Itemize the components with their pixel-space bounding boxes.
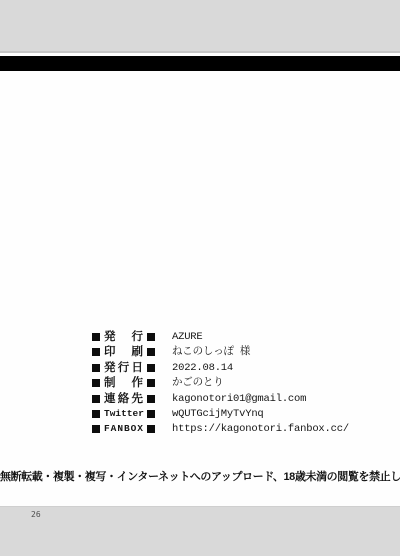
colophon-label: 印刷 — [104, 346, 143, 358]
colophon-label: 制作 — [104, 377, 143, 389]
colophon-row: 発行AZURE — [92, 331, 372, 343]
colophon-block: 発行AZURE印刷ねこのしっぽ 様発行日2022.08.14制作かごのとり連絡先… — [92, 331, 372, 435]
label-char: 行 — [132, 331, 144, 343]
colophon-label: 発行日 — [104, 362, 143, 374]
label-char: 制 — [104, 377, 116, 389]
label-char: 刷 — [132, 346, 144, 358]
colophon-label: 発行 — [104, 331, 143, 343]
black-square-icon — [147, 379, 155, 387]
viewer-bottom-margin — [0, 506, 400, 556]
black-square-icon — [92, 379, 100, 387]
label-char: 作 — [132, 377, 144, 389]
black-square-icon — [92, 364, 100, 372]
colophon-row: TwitterwQUTGcijMyTvYnq — [92, 408, 372, 420]
copyright-notice: 無断転載・複製・複写・インターネットへのアップロード、18歳未満の閲覧を禁止しま… — [0, 470, 400, 484]
label-char: r — [138, 408, 144, 420]
label-char: B — [124, 423, 130, 435]
black-square-icon — [92, 395, 100, 403]
colophon-value: wQUTGcijMyTvYnq — [172, 408, 264, 420]
colophon-value: kagonotori01@gmail.com — [172, 393, 306, 405]
black-square-icon — [92, 348, 100, 356]
colophon-value: https://kagonotori.fanbox.cc/ — [172, 423, 349, 435]
colophon-label: FANBOX — [104, 423, 143, 435]
colophon-row: 制作かごのとり — [92, 377, 372, 389]
black-square-icon — [147, 395, 155, 403]
label-char: 行 — [118, 362, 130, 374]
label-char: 発 — [104, 362, 116, 374]
colophon-row: 連絡先kagonotori01@gmail.com — [92, 393, 372, 405]
colophon-value: 2022.08.14 — [172, 362, 233, 374]
label-char: A — [111, 423, 117, 435]
viewer-top-margin — [0, 0, 400, 53]
colophon-value: ねこのしっぽ 様 — [172, 346, 250, 358]
black-square-icon — [147, 425, 155, 433]
black-square-icon — [92, 410, 100, 418]
colophon-row: FANBOXhttps://kagonotori.fanbox.cc/ — [92, 423, 372, 435]
colophon-row: 印刷ねこのしっぽ 様 — [92, 346, 372, 358]
label-char: 発 — [104, 331, 116, 343]
page-number: 26 — [31, 510, 41, 520]
label-char: 絡 — [118, 393, 130, 405]
label-char: 印 — [104, 346, 116, 358]
black-square-icon — [147, 348, 155, 356]
colophon-value: AZURE — [172, 331, 203, 343]
label-char: 連 — [104, 393, 116, 405]
scanned-page: 発行AZURE印刷ねこのしっぽ 様発行日2022.08.14制作かごのとり連絡先… — [0, 0, 400, 556]
colophon-row: 発行日2022.08.14 — [92, 362, 372, 374]
black-square-icon — [92, 425, 100, 433]
colophon-value: かごのとり — [172, 377, 224, 389]
label-char: N — [117, 423, 123, 435]
black-square-icon — [147, 364, 155, 372]
label-char: O — [131, 423, 137, 435]
black-square-icon — [147, 410, 155, 418]
label-char: X — [137, 423, 143, 435]
label-char: 日 — [132, 362, 144, 374]
black-square-icon — [92, 333, 100, 341]
black-banner — [0, 56, 400, 71]
label-char: 先 — [132, 393, 144, 405]
colophon-label: 連絡先 — [104, 393, 143, 405]
label-char: F — [104, 423, 110, 435]
colophon-label: Twitter — [104, 408, 143, 420]
black-square-icon — [147, 333, 155, 341]
